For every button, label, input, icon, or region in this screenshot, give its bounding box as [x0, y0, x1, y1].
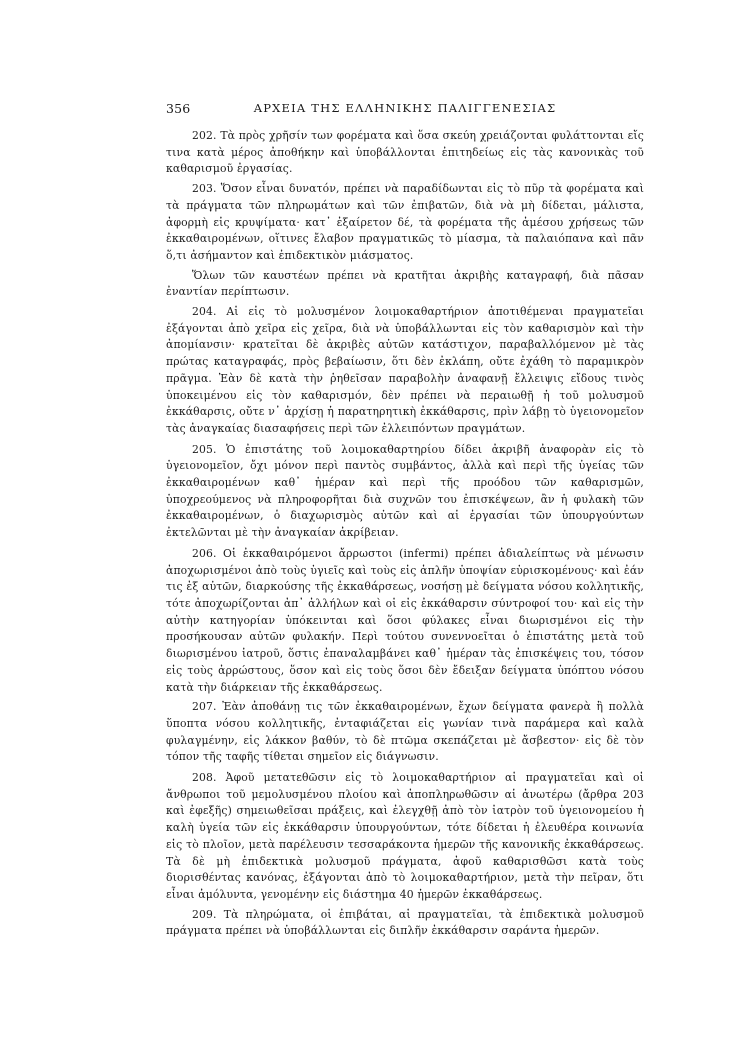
article-number: 203. — [192, 182, 217, 195]
article-text: Αἱ εἰς τὸ μολυσμένον λοιμοκαθαρτήριον ἀπ… — [166, 305, 644, 435]
article-205: 205. Ὁ ἐπιστάτης τοῦ λοιμοκαθαρτηρίου δί… — [166, 442, 644, 542]
article-number: 205. — [192, 443, 217, 456]
article-text: Ὅλων τῶν καυστέων πρέπει νὰ κρατῆται ἀκρ… — [166, 269, 644, 299]
article-number: 206. — [192, 547, 217, 560]
article-202: 202. Τὰ πρὸς χρῆσίν των φορέματα καὶ ὅσα… — [166, 128, 644, 178]
article-206: 206. Οἱ ἐκκαθαιρόμενοι ἄρρωστοι (infermi… — [166, 546, 644, 696]
article-number: 209. — [192, 908, 217, 921]
article-203-continuation: Ὅλων τῶν καυστέων πρέπει νὰ κρατῆται ἀκρ… — [166, 268, 644, 301]
article-text: Ὁ ἐπιστάτης τοῦ λοιμοκαθαρτηρίου δίδει ἀ… — [166, 443, 644, 540]
article-text: Ἀφοῦ μετατεθῶσιν εἰς τὸ λοιμοκαθαρτήριον… — [166, 771, 644, 901]
article-207: 207. Ἐὰν ἀποθάνῃ τις τῶν ἐκκαθαιρομένων,… — [166, 699, 644, 766]
page-header: 356 ΑΡΧΕΙΑ ΤΗΣ ΕΛΛΗΝΙΚΗΣ ΠΑΛΙΓΓΕΝΕΣΙΑΣ — [166, 101, 644, 117]
article-number: 202. — [192, 129, 217, 142]
article-203: 203. Ὅσον εἶναι δυνατόν, πρέπει νὰ παραδ… — [166, 181, 644, 265]
article-number: 207. — [192, 700, 217, 713]
article-text: Οἱ ἐκκαθαιρόμενοι ἄρρωστοι (infermi) πρέ… — [166, 547, 644, 694]
article-209: 209. Τὰ πληρώματα, οἱ ἐπιβάται, αἱ πραγμ… — [166, 907, 644, 940]
article-text: Τὰ πληρώματα, οἱ ἐπιβάται, αἱ πραγματεῖα… — [166, 908, 644, 938]
article-text: Ὅσον εἶναι δυνατόν, πρέπει νὰ παραδίδωντ… — [166, 182, 644, 262]
article-number: 208. — [192, 771, 217, 784]
running-title: ΑΡΧΕΙΑ ΤΗΣ ΕΛΛΗΝΙΚΗΣ ΠΑΛΙΓΓΕΝΕΣΙΑΣ — [166, 101, 644, 115]
article-208: 208. Ἀφοῦ μετατεθῶσιν εἰς τὸ λοιμοκαθαρτ… — [166, 770, 644, 904]
article-text: Τὰ πρὸς χρῆσίν των φορέματα καὶ ὅσα σκεύ… — [166, 129, 644, 175]
article-text: Ἐὰν ἀποθάνῃ τις τῶν ἐκκαθαιρομένων, ἔχων… — [166, 700, 644, 763]
article-number: 204. — [192, 305, 217, 318]
page-body: 202. Τὰ πρὸς χρῆσίν των φορέματα καὶ ὅσα… — [166, 128, 644, 943]
article-204: 204. Αἱ εἰς τὸ μολυσμένον λοιμοκαθαρτήρι… — [166, 304, 644, 438]
